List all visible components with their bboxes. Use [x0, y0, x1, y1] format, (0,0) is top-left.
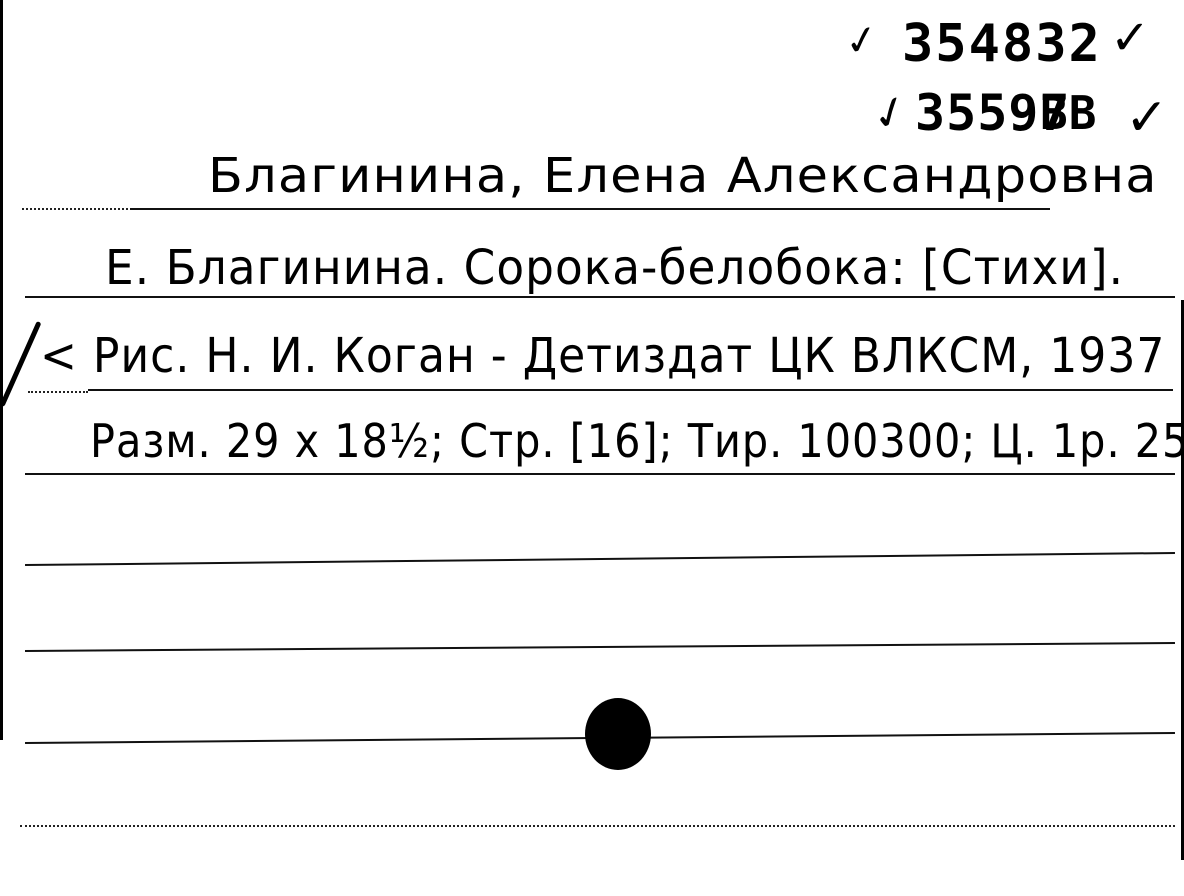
card-left-edge [0, 0, 3, 740]
slash-mark-icon [0, 321, 41, 407]
shelf-number-2-suffix: ВВ [1040, 86, 1097, 140]
rule-line [25, 642, 1175, 652]
rule-line [25, 552, 1175, 566]
illustrator-publisher-line: < Рис. Н. И. Коган - Детиздат ЦК ВЛКСМ, … [40, 328, 1165, 384]
shelf-number-1: 354832 [902, 14, 1102, 74]
check-mark-icon: ✓ [1125, 88, 1169, 148]
check-mark-icon: ✓ [1110, 10, 1150, 66]
catalog-card: ✓ 354832 ✓ ✓ 35597 ВВ ✓ Благинина, Елена… [0, 0, 1184, 896]
rule-line [22, 208, 132, 210]
punch-hole [585, 698, 651, 770]
check-mark-icon: ✓ [841, 15, 882, 66]
rule-line [28, 391, 88, 393]
rule-line [20, 825, 1175, 827]
rule-line [25, 473, 1175, 475]
rule-line [88, 389, 1173, 391]
author-heading: Благинина, Елена Александровна [208, 148, 1158, 204]
rule-line [130, 208, 1050, 210]
title-line: Е. Благинина. Сорока-белобока: [Стихи]. [105, 240, 1124, 296]
rule-line [25, 296, 1175, 298]
physical-description-line: Разм. 29 х 18½; Стр. [16]; Тир. 100300; … [90, 414, 1184, 468]
check-mark-icon: ✓ [864, 83, 916, 144]
